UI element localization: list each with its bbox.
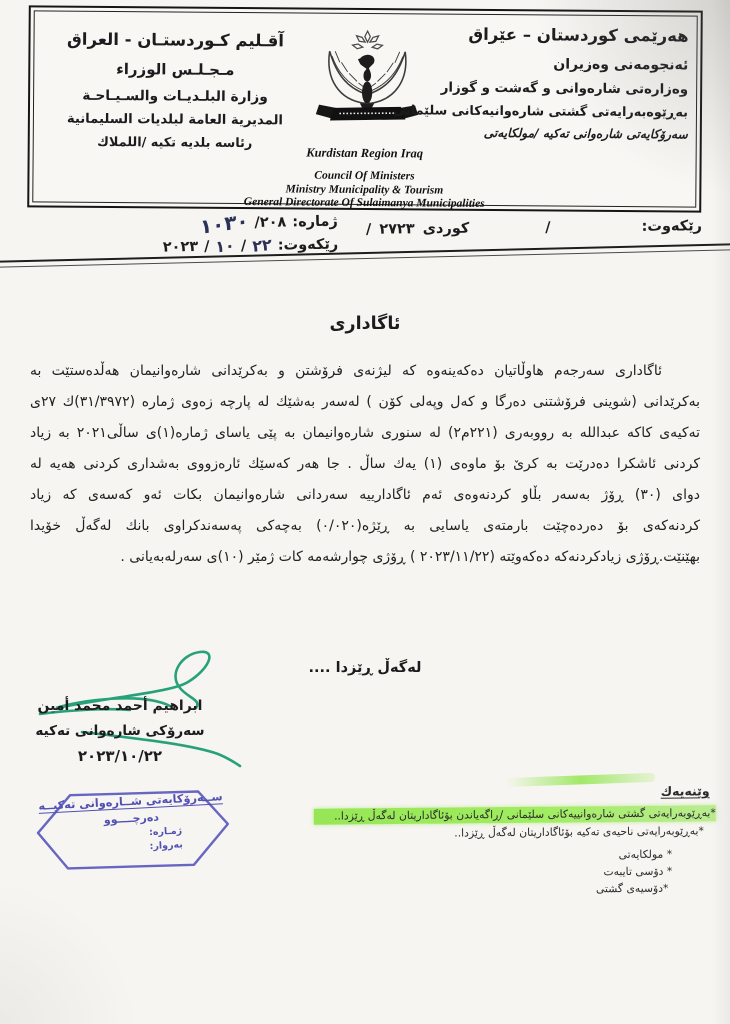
english-region-line: Kurdistan Region Iraq	[195, 145, 535, 163]
copy-to-list: وێنەیەك *بەڕێوبەرایەتی گشتی شارەوانییەكا…	[314, 780, 717, 900]
kurdish-region-line: هەرێمی كوردستان – عێراق	[361, 24, 689, 46]
slash-separator: /	[545, 220, 550, 236]
letterhead-kurdish-column: هەرێمی كوردستان – عێراق ئەنجومەنی وەزیرا…	[360, 24, 689, 142]
kurdish-council-line: ئەنجومەنی وەزیران	[360, 55, 688, 74]
letterhead-box: آقـليم كـوردستـان - العراق مـجـلـس الوزر…	[27, 5, 703, 212]
reference-number-printed: ٢٠٨/	[254, 214, 286, 231]
slash-separator: /	[241, 238, 247, 254]
body-line: ئاگاداری سەرجەم هاوڵاتیان دەكەینەوە كە ل…	[30, 356, 700, 387]
reference-date-year: ٢٠٢٣	[163, 239, 199, 256]
kurdish-municipality-line: سەرۆكایەتی شارەوانی تەكیە /مولكایەتی	[360, 125, 688, 142]
arabic-council-line: مـجـلـس الوزراء	[44, 59, 306, 79]
body-line: بەكرێدانی (شوینی فرۆشتنی دەرگا و كەل وپە…	[30, 387, 700, 418]
kurdish-directorate-line: بەڕێوەبەرایەتی گشتی شارەوانیەكانی سلێمان…	[360, 103, 688, 121]
signatory-name: ابراهيم أحمد محمد أمين	[16, 698, 224, 714]
handwritten-reference-number: ١٠٣٠	[199, 208, 248, 239]
reference-date-label: رێكەوت:	[278, 236, 339, 253]
kurdish-calendar-date-block: / ٢٧٢٣ كوردی / رێكەوت:	[366, 218, 702, 238]
slash-separator: /	[204, 238, 210, 254]
kurdish-date-row: / ٢٧٢٣ كوردی / رێكەوت:	[366, 218, 702, 238]
body-line: كردنی ئاشكرا دەدرێت بە كرێ بۆ ماوەی (١) …	[30, 449, 700, 480]
kurdish-calendar-label: كوردی	[423, 221, 470, 237]
copy-to-item: *بەڕێوبەرایەتی گشتی شارەوانییەكانی سلێما…	[314, 805, 716, 825]
notice-body: ئاگاداری سەرجەم هاوڵاتیان دەكەینەوە كە ل…	[30, 356, 700, 573]
signatory-role: سەرۆكی شارەوانی تەكیە	[16, 723, 224, 739]
copy-to-item: *بەڕێوبەرایەتی ناحیەی تەكیە بۆئاگاداریتا…	[314, 823, 716, 843]
kurdish-ministry-line: وەزارەتی شارەوانی و گەشت و گوزار	[360, 80, 688, 98]
body-line: دوای (٣٠) ڕۆژ بەسەر بڵاو كردنەوەی ئەم ئا…	[30, 480, 700, 511]
body-line: تەكیەی كاكە عبدالله بە رووبەری (‪٢٢١م٢‬)…	[30, 418, 700, 449]
arabic-region-line: آقـليم كـوردستـان - العراق	[44, 29, 306, 50]
highlighter-smear	[505, 773, 655, 787]
reference-number-label: ژماره:	[292, 214, 338, 231]
notice-title: ئاگاداری	[0, 314, 730, 334]
signature-block: ابراهيم أحمد محمد أمين سەرۆكی شارەوانی ت…	[16, 698, 224, 765]
arabic-directorate-line: المديرية العامة لبلديات السليمانية	[44, 111, 306, 128]
letterhead-arabic-column: آقـليم كـوردستـان - العراق مـجـلـس الوزر…	[44, 29, 307, 151]
body-line: كردنەكەی بۆ دەردەچێت بارمتەی یاسایی بە ڕ…	[30, 511, 700, 542]
handwritten-date-day: ٢٢	[252, 235, 272, 256]
copy-to-heading: وێنەیەك	[661, 783, 710, 798]
kurdish-date-label: رێكەوت:	[642, 218, 703, 235]
arabic-ministry-line: وزارة البلـديـات والسـيـاحـة	[44, 87, 306, 105]
body-line: بهێنێت.ڕۆژی زیادكردنەكە دەكەوێتە (٢٠٢٣/١…	[30, 542, 700, 573]
reference-number-block: ١٠٣٠ ٢٠٨/ژماره: ٢٠٢٣ / ١٠ / ٢٢ رێكەوت:	[58, 210, 339, 259]
slash-separator: /	[366, 222, 371, 238]
reference-number-row: ١٠٣٠ ٢٠٨/ژماره:	[58, 210, 338, 239]
scanned-letter-page: آقـليم كـوردستـان - العراق مـجـلـس الوزر…	[0, 0, 730, 1024]
signature-date: ٢٠٢٣/١٠/٢٢	[16, 747, 224, 765]
outgoing-office-stamp: ســەرۆكایەتی شــارەوانی تەكیــە دەرچــــ…	[28, 777, 237, 884]
kurdish-year-value: ٢٧٢٣	[379, 221, 415, 237]
copy-to-item: *دۆسیەی گشتی	[314, 880, 716, 900]
closing-salutation: لەگەڵ ڕێزدا ....	[0, 660, 730, 676]
handwritten-date-month: ١٠	[215, 235, 235, 256]
letterhead-english-column: Kurdistan Region Iraq Council Of Ministe…	[194, 145, 534, 212]
